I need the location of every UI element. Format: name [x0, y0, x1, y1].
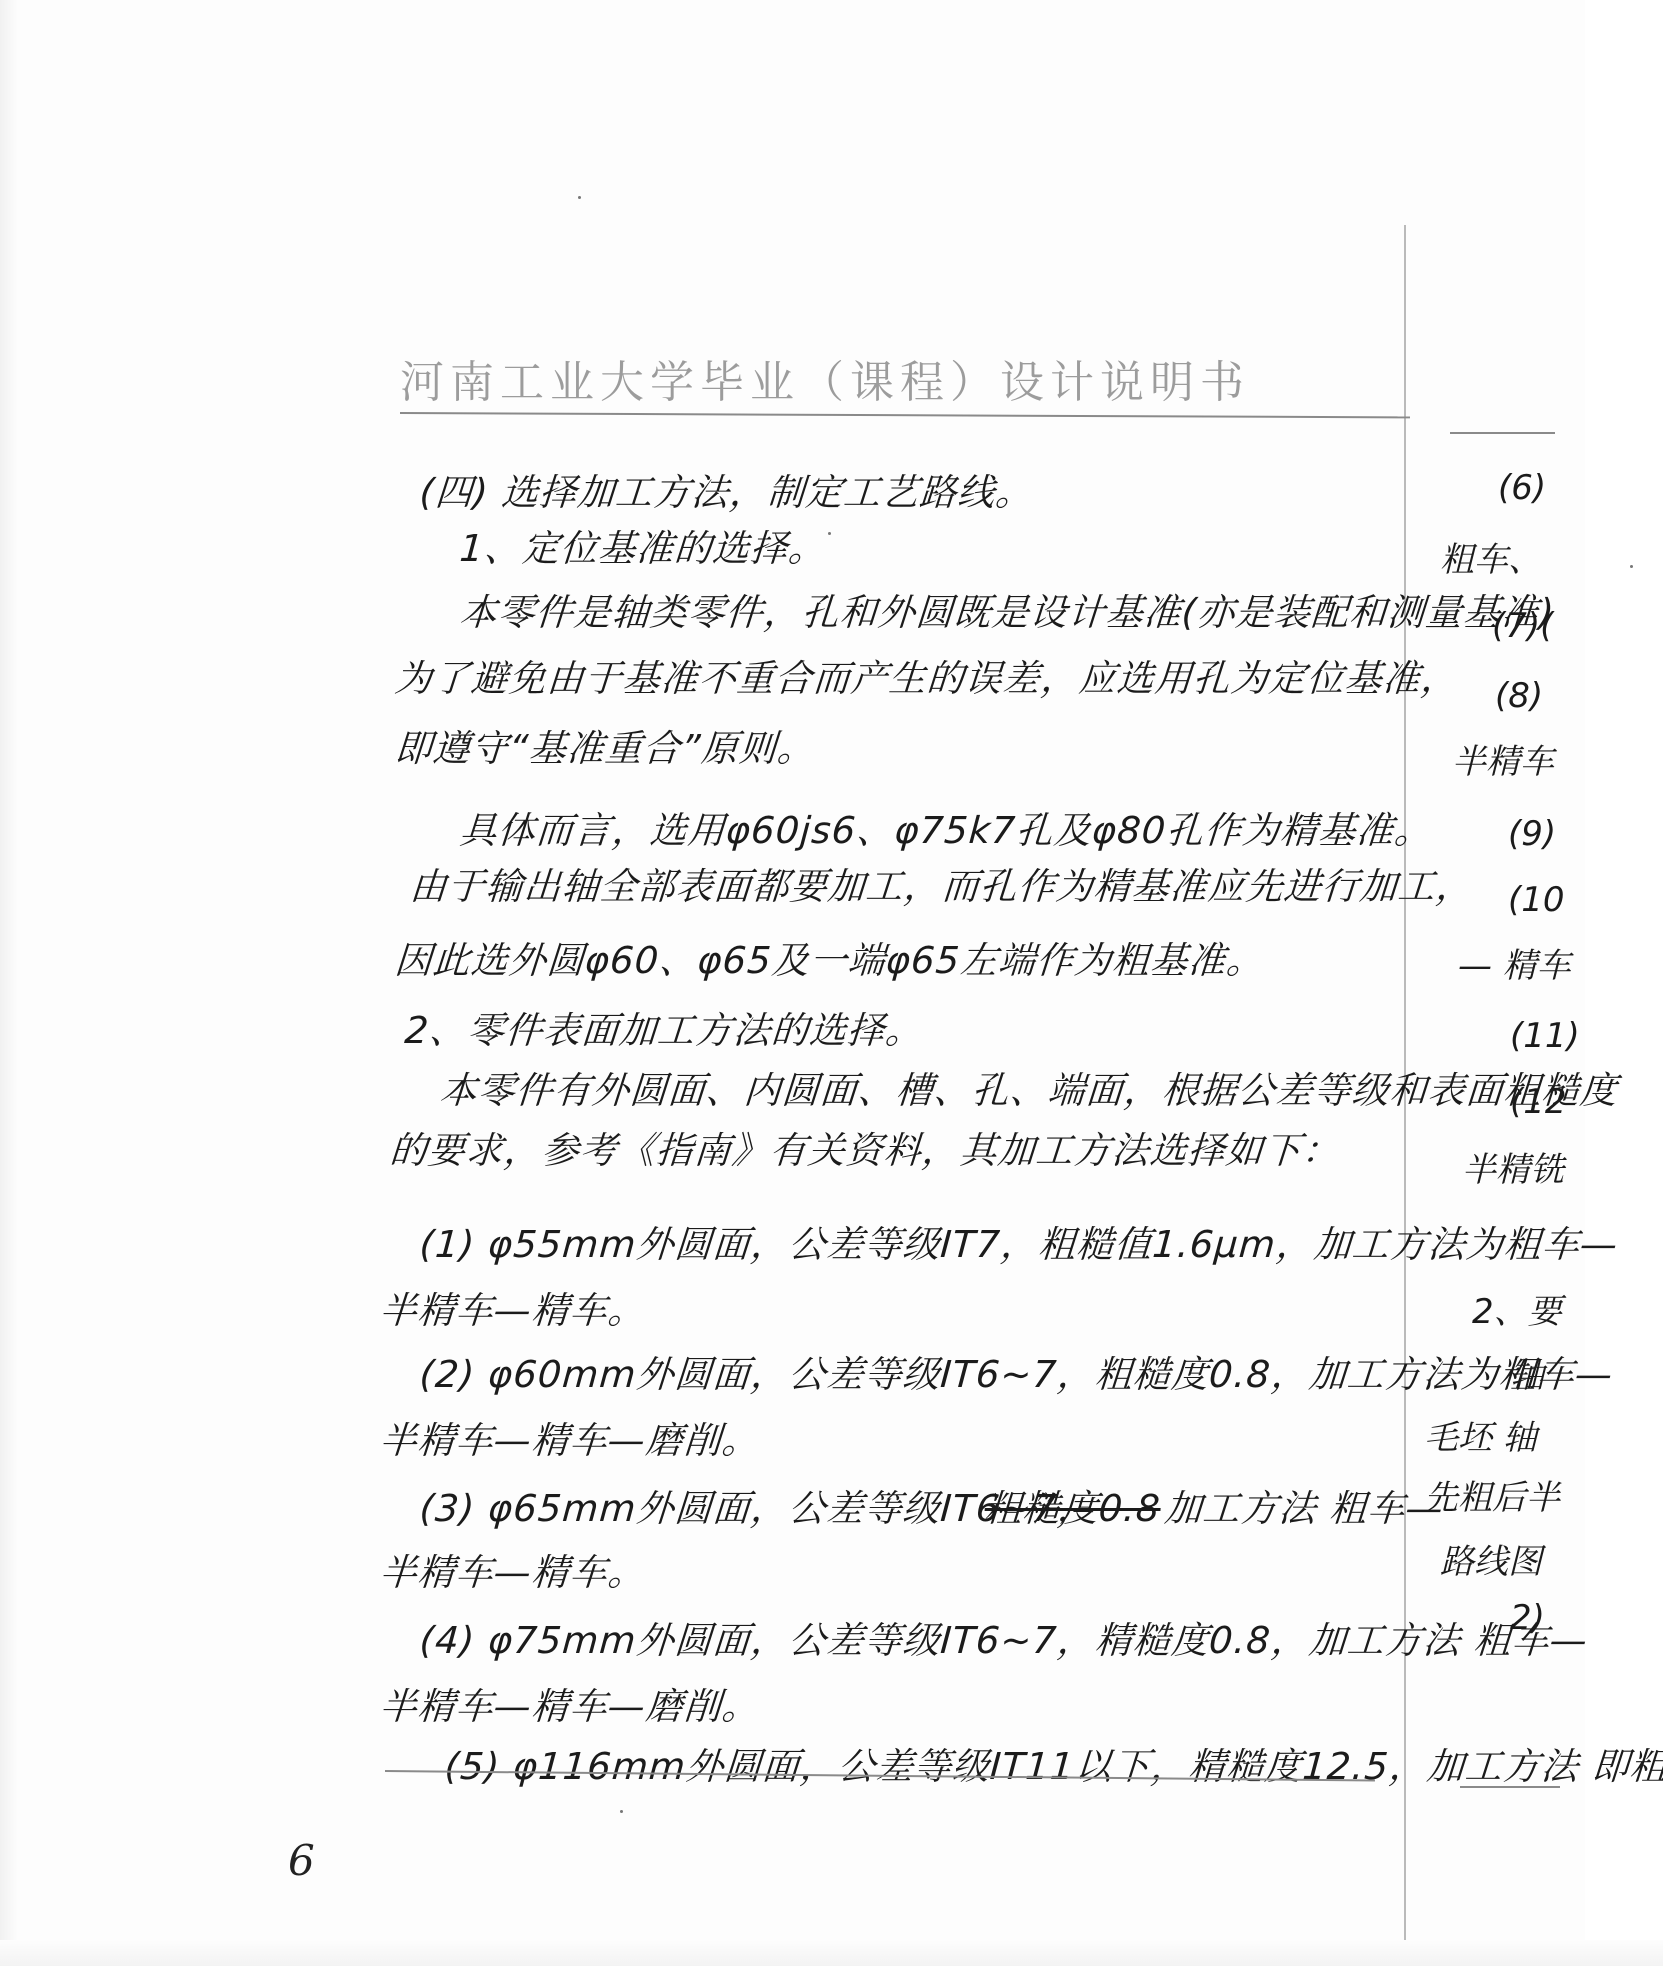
margin-note: (9) [1508, 814, 1556, 854]
header-rule [400, 412, 1410, 418]
text-line: (2) φ60mm外圆面，公差等级IT6~7，粗糙度0.8，加工方法为粗车— [418, 1344, 1615, 1398]
text-line: 即遵守“基准重合”原则。 [393, 718, 817, 772]
struck-text: 粗糙度0.8 [983, 1478, 1163, 1532]
margin-note: 2) [1510, 1598, 1545, 1638]
margin-note: (12 [1510, 1082, 1567, 1122]
text-line: 半精车—精车。 [378, 1280, 648, 1334]
margin-note: 2、要 [1472, 1284, 1562, 1333]
text-line: 为了避免由于基准不重合而产生的误差，应选用孔为定位基准， [393, 648, 1461, 702]
text-line: (4) φ75mm外圆面，公差等级IT6~7，精糙度0.8，加工方法 粗车— [418, 1610, 1590, 1664]
scan-left-edge [0, 0, 18, 1966]
margin-note: 粗车、 [1440, 532, 1542, 581]
adjacent-page-area [1585, 0, 1663, 1966]
margin-note: 轴 [1510, 1348, 1544, 1397]
scan-speck [620, 1810, 623, 1813]
document-header-title: 河南工业大学毕业（课程）设计说明书 [400, 346, 1350, 406]
text-line: 由于输出轴全部表面都要加工，而孔作为精基准应先进行加工， [408, 856, 1476, 910]
text-line: 半精车—精车—磨削。 [378, 1410, 762, 1464]
scan-bottom-edge [0, 1940, 1663, 1966]
margin-note: 半精铣 [1462, 1142, 1564, 1191]
text-line: 因此选外圆φ60、φ65及一端φ65左端作为粗基准。 [393, 930, 1266, 984]
margin-note: (7)( [1492, 606, 1553, 646]
margin-note: — 精车 [1458, 938, 1571, 987]
adjacent-header-rule [1450, 432, 1555, 434]
text-line: 的要求，参考《指南》有关资料，其加工方法选择如下： [388, 1120, 1342, 1174]
margin-note: 路线图 [1440, 1534, 1542, 1583]
text-line: (四) 选择加工方法，制定工艺路线。 [418, 462, 1035, 516]
margin-note: (8) [1495, 676, 1543, 716]
text-line: 2、零件表面加工方法的选择。 [403, 1000, 925, 1054]
text-line: 具体而言，选用φ60js6、φ75k7孔及φ80孔作为精基准。 [458, 800, 1434, 854]
text-line: 半精车—精车。 [378, 1542, 648, 1596]
text-line: 本零件有外圆面、内圆面、槽、孔、端面，根据公差等级和表面粗糙度 [438, 1060, 1620, 1114]
margin-note: (6) [1498, 468, 1546, 508]
text-line: 本零件是轴类零件，孔和外圆既是设计基准(亦是装配和测量基准) [458, 582, 1557, 636]
scan-speck [578, 196, 581, 199]
text-line: 加工方法 粗车— [1163, 1478, 1446, 1532]
scan-speck [1630, 565, 1633, 568]
scan-speck [828, 532, 831, 535]
text-line: 半精车—精车—磨削。 [378, 1676, 762, 1730]
margin-note: (10 [1508, 880, 1565, 920]
page-number: 6 [288, 1836, 315, 1885]
text-line: (5) φ116mm外圆面，公差等级IT11以下，精糙度12.5，加工方法 即粗… [443, 1736, 1663, 1790]
adjacent-footer-rule [1460, 1786, 1560, 1788]
text-line: 1、定位基准的选择。 [458, 518, 828, 572]
margin-note: 毛坯 轴 [1424, 1410, 1537, 1459]
margin-note: 半精车 [1452, 734, 1554, 783]
margin-note: 先粗后半 [1424, 1470, 1560, 1519]
text-line: (1) φ55mm外圆面，公差等级IT7，粗糙值1.6μm，加工方法为粗车— [418, 1214, 1620, 1268]
margin-note: (11) [1510, 1016, 1580, 1056]
